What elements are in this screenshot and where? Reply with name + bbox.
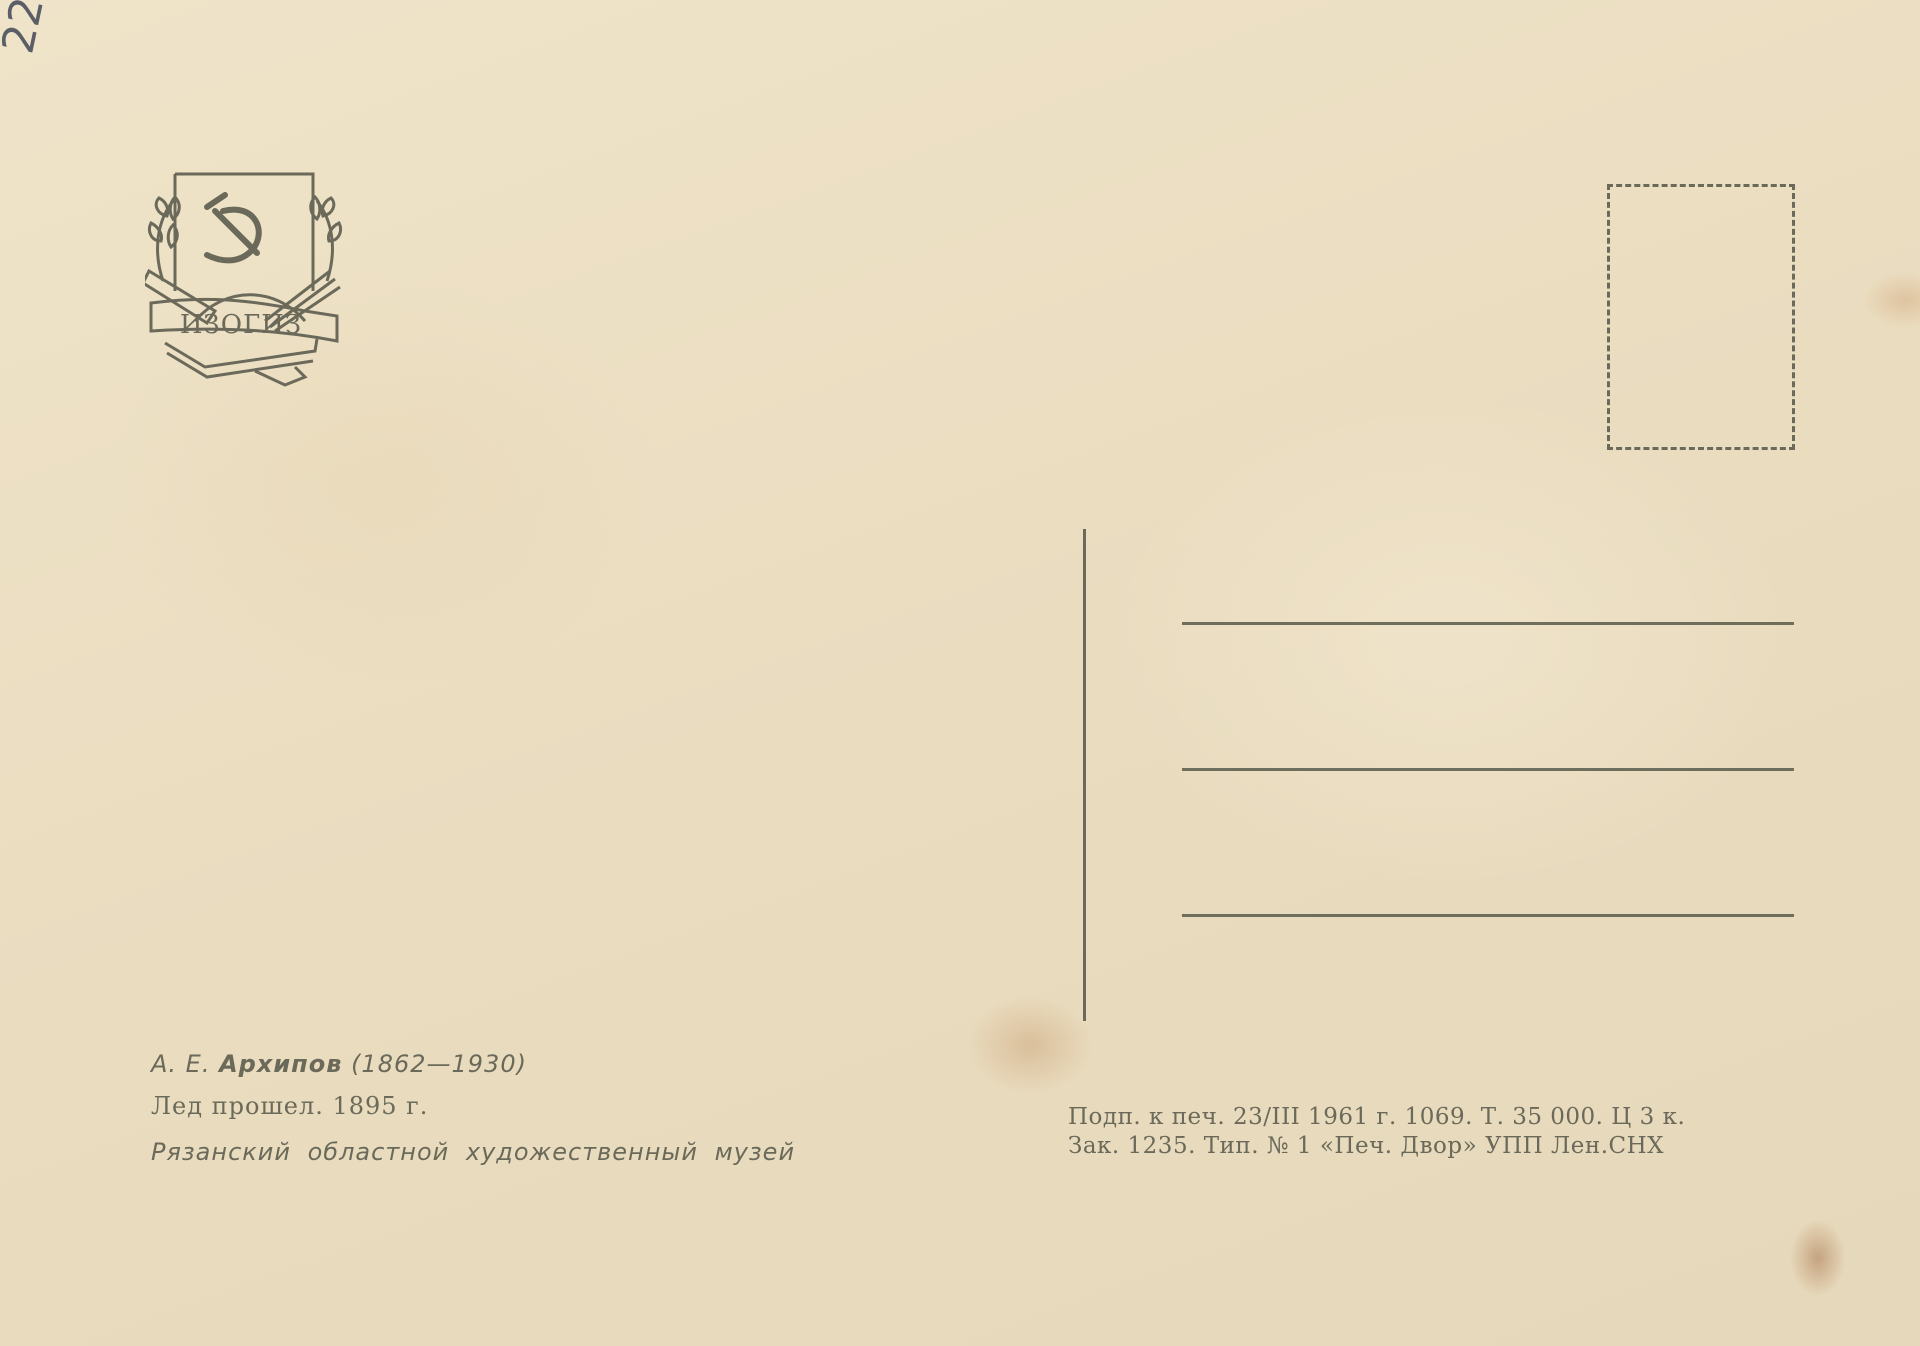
artist-years: (1862—1930) [351, 1050, 527, 1078]
caption-title: Лед прошел. 1895 г. [151, 1092, 428, 1120]
izogiz-logo-icon: ИЗОГИЗ [145, 171, 355, 393]
message-address-divider [1083, 529, 1086, 1021]
logo-text: ИЗОГИЗ [180, 310, 302, 340]
stamp-placeholder-box [1607, 184, 1795, 450]
address-line-1 [1182, 622, 1794, 625]
caption-museum: Рязанский областной художественный музей [151, 1138, 795, 1166]
artist-initials: А. Е. [151, 1050, 210, 1078]
print-info-line-2: Зак. 1235. Тип. № 1 «Печ. Двор» УПП Лен.… [1068, 1133, 1664, 1159]
handwritten-number: 22 [0, 0, 54, 58]
caption-artist: А. Е. Архипов (1862—1930) [151, 1050, 527, 1078]
artist-name: Архипов [219, 1050, 342, 1078]
print-info-line-1: Подп. к печ. 23/III 1961 г. 1069. Т. 35 … [1068, 1104, 1685, 1130]
address-line-2 [1182, 768, 1794, 771]
address-line-3 [1182, 914, 1794, 917]
